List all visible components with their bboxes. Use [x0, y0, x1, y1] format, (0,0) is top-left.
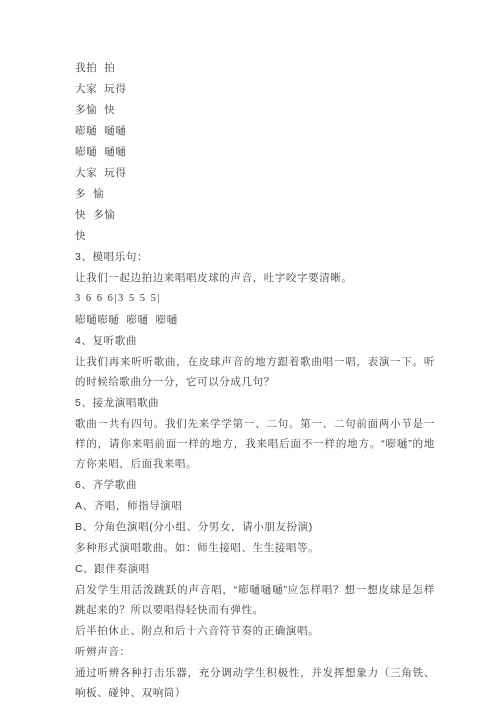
- lyric-line: 大家 玩得: [75, 163, 435, 183]
- instruction-paragraph: 让我们一起边拍边来唱唱皮球的声音，吐字咬字要清晰。: [75, 268, 435, 288]
- music-notation-line: 3 6 6 6|3 5 5 5|: [75, 289, 435, 309]
- lyric-line: 我拍 拍: [75, 58, 435, 78]
- instruction-paragraph: 让我们再来听听歌曲，在皮球声音的地方跟着歌曲唱一唱，表演一下。听的时候给歌曲分一…: [75, 352, 435, 392]
- listening-section-label: 听辨声音：: [75, 642, 435, 662]
- lyric-line: 嘭嗵 嗵嗵: [75, 142, 435, 162]
- lyric-line: 嘭嗵 嗵嗵: [75, 121, 435, 141]
- lyric-line: 嘭嗵嘭嗵 嘭嗵 嘭嗵: [75, 310, 435, 330]
- lyric-line: 大家 玩得: [75, 79, 435, 99]
- list-item-c: C、跟伴奏演唱: [75, 559, 435, 579]
- instruction-paragraph: 后半拍休止、附点和后十六音符节奏的正确演唱。: [75, 621, 435, 641]
- document-body: 我拍 拍 大家 玩得 多愉 快 嘭嗵 嗵嗵 嘭嗵 嗵嗵 大家 玩得 多 愉 快 …: [75, 58, 435, 703]
- instruction-paragraph: 歌曲一共有四句。我们先来学学第一、二句。第一、二句前面两小节是一样的，请你来唱前…: [75, 414, 435, 474]
- section-heading-4: 4、复听歌曲: [75, 331, 435, 351]
- lyric-line: 快: [75, 226, 435, 246]
- section-heading-5: 5、接龙演唱歌曲: [75, 393, 435, 413]
- section-heading-3: 3、模唱乐句：: [75, 247, 435, 267]
- instruction-paragraph: 通过听辨各种打击乐器，充分调动学生积极性，并发挥想象力（三角铁、响板、碰钟、双响…: [75, 663, 435, 703]
- list-item-a: A、齐唱，师指导演唱: [75, 496, 435, 516]
- lyric-line: 快 多愉: [75, 205, 435, 225]
- document-page: 我拍 拍 大家 玩得 多愉 快 嘭嗵 嗵嗵 嘭嗵 嗵嗵 大家 玩得 多 愉 快 …: [0, 0, 500, 707]
- instruction-paragraph: 启发学生用活泼跳跃的声音唱，“嘭嗵嗵嗵”应怎样唱？想一想皮球是怎样跳起来的？所以…: [75, 580, 435, 620]
- lyric-line: 多 愉: [75, 184, 435, 204]
- instruction-paragraph: 多种形式演唱歌曲。如：师生接唱、生生接唱等。: [75, 538, 435, 558]
- list-item-b: B、分角色演唱(分小组、分男女，请小朋友扮演): [75, 517, 435, 537]
- lyric-line: 多愉 快: [75, 100, 435, 120]
- section-heading-6: 6、齐学歌曲: [75, 475, 435, 495]
